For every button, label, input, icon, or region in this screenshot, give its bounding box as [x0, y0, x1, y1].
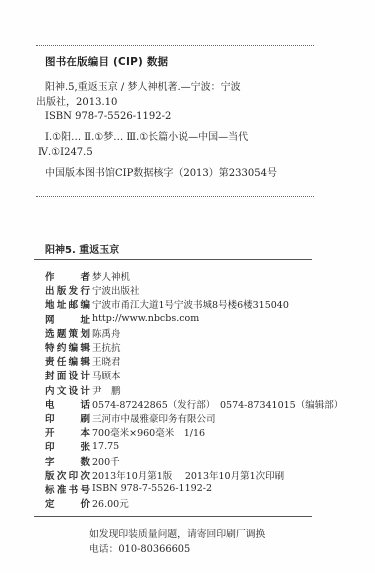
copyright-page: 图书在版编目 (CIP) 数据 阳神.5,重返玉京 / 梦人神机著.—宁波：宁波… — [0, 0, 375, 573]
colophon-value: 700毫米×960毫米 1/16 — [92, 425, 205, 439]
colophon-value: 26.00元 — [92, 496, 129, 510]
colophon-label-char: 价 — [80, 496, 90, 510]
colophon-value: 王晓君 — [92, 354, 121, 368]
colophon-label-char: 本 — [80, 425, 90, 439]
colophon-label-char: 划 — [80, 326, 90, 340]
colophon-label-char: 版 — [57, 283, 67, 297]
colophon-label-char: 计 — [80, 368, 90, 382]
colophon-value: 王抗抗 — [92, 340, 121, 354]
colophon-label: 版次印次 — [45, 468, 90, 482]
colophon-label-char: 开 — [45, 425, 55, 439]
colophon-row: 标准书号ISBN 978-7-5526-1192-2 — [45, 482, 343, 496]
colophon-label: 作者 — [45, 269, 90, 283]
quality-notice: 如发现印装质量问题，请寄回印刷厂调换 — [89, 526, 265, 540]
colophon-label-char: 号 — [80, 482, 90, 496]
colophon-label-char: 印 — [69, 468, 79, 482]
colophon-label-char: 准 — [57, 482, 67, 496]
colophon-label-char: 字 — [45, 454, 55, 468]
colophon-label: 网址 — [45, 312, 90, 326]
colophon-value: 200千 — [92, 454, 120, 468]
colophon-label: 责任编辑 — [45, 354, 90, 368]
book-title: 阳神5. 重返玉京 — [45, 241, 119, 256]
colophon-label-char: 策 — [69, 326, 79, 340]
colophon-label-char: 特 — [45, 340, 55, 354]
cip-isbn: ISBN 978-7-5526-1192-2 — [45, 110, 171, 123]
colophon-row: 版次印次2013年10月第1版 2013年10月第1次印刷 — [45, 468, 343, 482]
colophon-label: 字数 — [45, 454, 90, 468]
colophon-row: 封面设计马顾本 — [45, 368, 343, 382]
colophon-label-char: 版 — [45, 468, 55, 482]
colophon-label: 印刷 — [45, 411, 90, 425]
colophon-label-char: 出 — [45, 283, 55, 297]
colophon-row: 责任编辑王晓君 — [45, 354, 343, 368]
colophon-label-char: 编 — [69, 354, 79, 368]
colophon-value: 三河市中晟雅豪印务有限公司 — [92, 411, 216, 425]
colophon-label-char: 设 — [69, 368, 79, 382]
colophon-label-char: 标 — [45, 482, 55, 496]
colophon-value: 马顾本 — [92, 368, 121, 382]
colophon-label-char: 定 — [45, 496, 55, 510]
colophon-table: 作者梦人神机出版发行宁波出版社地址邮编宁波市甬江大道1号宁波书城8号楼6楼315… — [45, 269, 343, 510]
colophon-label: 开本 — [45, 425, 90, 439]
colophon-row: 内文设计尹 鹏 — [45, 383, 343, 397]
colophon-label-char: 书 — [69, 482, 79, 496]
colophon-row: 字数200千 — [45, 453, 343, 467]
colophon-row: 网址http://www.nbcbs.com — [45, 312, 343, 326]
colophon-row: 地址邮编宁波市甬江大道1号宁波书城8号楼6楼315040 — [45, 297, 343, 311]
colophon-label: 印张 — [45, 439, 90, 453]
colophon-row: 印刷三河市中晟雅豪印务有限公司 — [45, 411, 343, 425]
cip-classification-line-2: Ⅳ.①I247.5 — [38, 146, 93, 159]
colophon-label-char: 数 — [80, 454, 90, 468]
colophon-label-char: 话 — [80, 397, 90, 411]
colophon-row: 选题策划陈禹舟 — [45, 326, 343, 340]
colophon-label-char: 电 — [45, 397, 55, 411]
cip-heading: 图书在版编目 (CIP) 数据 — [45, 54, 168, 69]
colophon-label-char: 辑 — [80, 340, 90, 354]
colophon-value: 0574-87242865（发行部） 0574-87341015（编辑部） — [92, 397, 343, 411]
colophon-label-char: 作 — [45, 269, 55, 283]
colophon-label-char: 选 — [45, 326, 55, 340]
cip-entry-line-2: 出版社，2013.10 — [36, 96, 117, 109]
colophon-label-char: 文 — [57, 383, 67, 397]
colophon-label-char: 约 — [57, 340, 67, 354]
colophon-label-char: 印 — [45, 411, 55, 425]
colophon-label: 选题策划 — [45, 326, 90, 340]
colophon-label: 封面设计 — [45, 368, 90, 382]
colophon-label-char: 址 — [57, 297, 67, 311]
colophon-label: 出版发行 — [45, 283, 90, 297]
colophon-label: 特约编辑 — [45, 340, 90, 354]
colophon-label: 定价 — [45, 496, 90, 510]
colophon-row: 出版发行宁波出版社 — [45, 283, 343, 297]
colophon-label-char: 辑 — [80, 354, 90, 368]
colophon-label-char: 编 — [80, 297, 90, 311]
colophon-label-char: 次 — [57, 468, 67, 482]
colophon-label: 地址邮编 — [45, 297, 90, 311]
colophon-label-char: 者 — [80, 269, 90, 283]
colophon-label-char: 设 — [69, 383, 79, 397]
colophon-label-char: 计 — [80, 383, 90, 397]
colophon-value: 17.75 — [92, 441, 119, 452]
colophon-label-char: 邮 — [69, 297, 79, 311]
colophon-label: 电话 — [45, 397, 90, 411]
colophon-label-char: 地 — [45, 297, 55, 311]
colophon-value: 宁波市甬江大道1号宁波书城8号楼6楼315040 — [92, 297, 289, 311]
colophon-value: 陈禹舟 — [92, 326, 121, 340]
colophon-label-char: 刷 — [80, 411, 90, 425]
colophon-label-char: 张 — [80, 439, 90, 453]
colophon-row: 作者梦人神机 — [45, 269, 343, 283]
cip-number: 中国版本图书馆CIP数据核字（2013）第233054号 — [45, 167, 277, 180]
colophon-value: 2013年10月第1版 2013年10月第1次印刷 — [92, 468, 284, 482]
colophon-label: 标准书号 — [45, 482, 90, 496]
colophon-label: 内文设计 — [45, 383, 90, 397]
colophon-value: ISBN 978-7-5526-1192-2 — [92, 483, 212, 494]
colophon-label-char: 行 — [80, 283, 90, 297]
cip-entry-line-1: 阳神.5,重返玉京 / 梦人神机著.—宁波：宁波 — [45, 81, 241, 94]
colophon-row: 印张17.75 — [45, 439, 343, 453]
colophon-label-char: 发 — [69, 283, 79, 297]
colophon-label-char: 题 — [57, 326, 67, 340]
footer-phone: 电话：010-80366605 — [89, 541, 190, 555]
colophon-row: 特约编辑王抗抗 — [45, 340, 343, 354]
colophon-label-char: 内 — [45, 383, 55, 397]
colophon-value: 尹 鹏 — [92, 383, 121, 397]
title-rule — [34, 259, 312, 260]
colophon-label-char: 任 — [57, 354, 67, 368]
colophon-label-char: 址 — [80, 312, 90, 326]
colophon-label-char: 编 — [69, 340, 79, 354]
colophon-value: 梦人神机 — [92, 269, 130, 283]
colophon-label-char: 网 — [45, 312, 55, 326]
colophon-label-char: 责 — [45, 354, 55, 368]
colophon-row: 定价26.00元 — [45, 496, 343, 510]
colophon-label-char: 次 — [80, 468, 90, 482]
colophon-value: http://www.nbcbs.com — [92, 313, 199, 324]
top-dotted-rule — [36, 45, 314, 46]
colophon-row: 电话0574-87242865（发行部） 0574-87341015（编辑部） — [45, 397, 343, 411]
colophon-label-char: 封 — [45, 368, 55, 382]
footer-rule — [34, 516, 312, 517]
colophon-label-char: 印 — [45, 439, 55, 453]
bottom-dotted-rule — [36, 196, 314, 197]
cip-classification-line-1: Ⅰ.①阳… Ⅱ.①梦… Ⅲ.①长篇小说—中国—当代 — [45, 131, 248, 144]
colophon-row: 开本700毫米×960毫米 1/16 — [45, 425, 343, 439]
colophon-label-char: 面 — [57, 368, 67, 382]
colophon-value: 宁波出版社 — [92, 283, 140, 297]
